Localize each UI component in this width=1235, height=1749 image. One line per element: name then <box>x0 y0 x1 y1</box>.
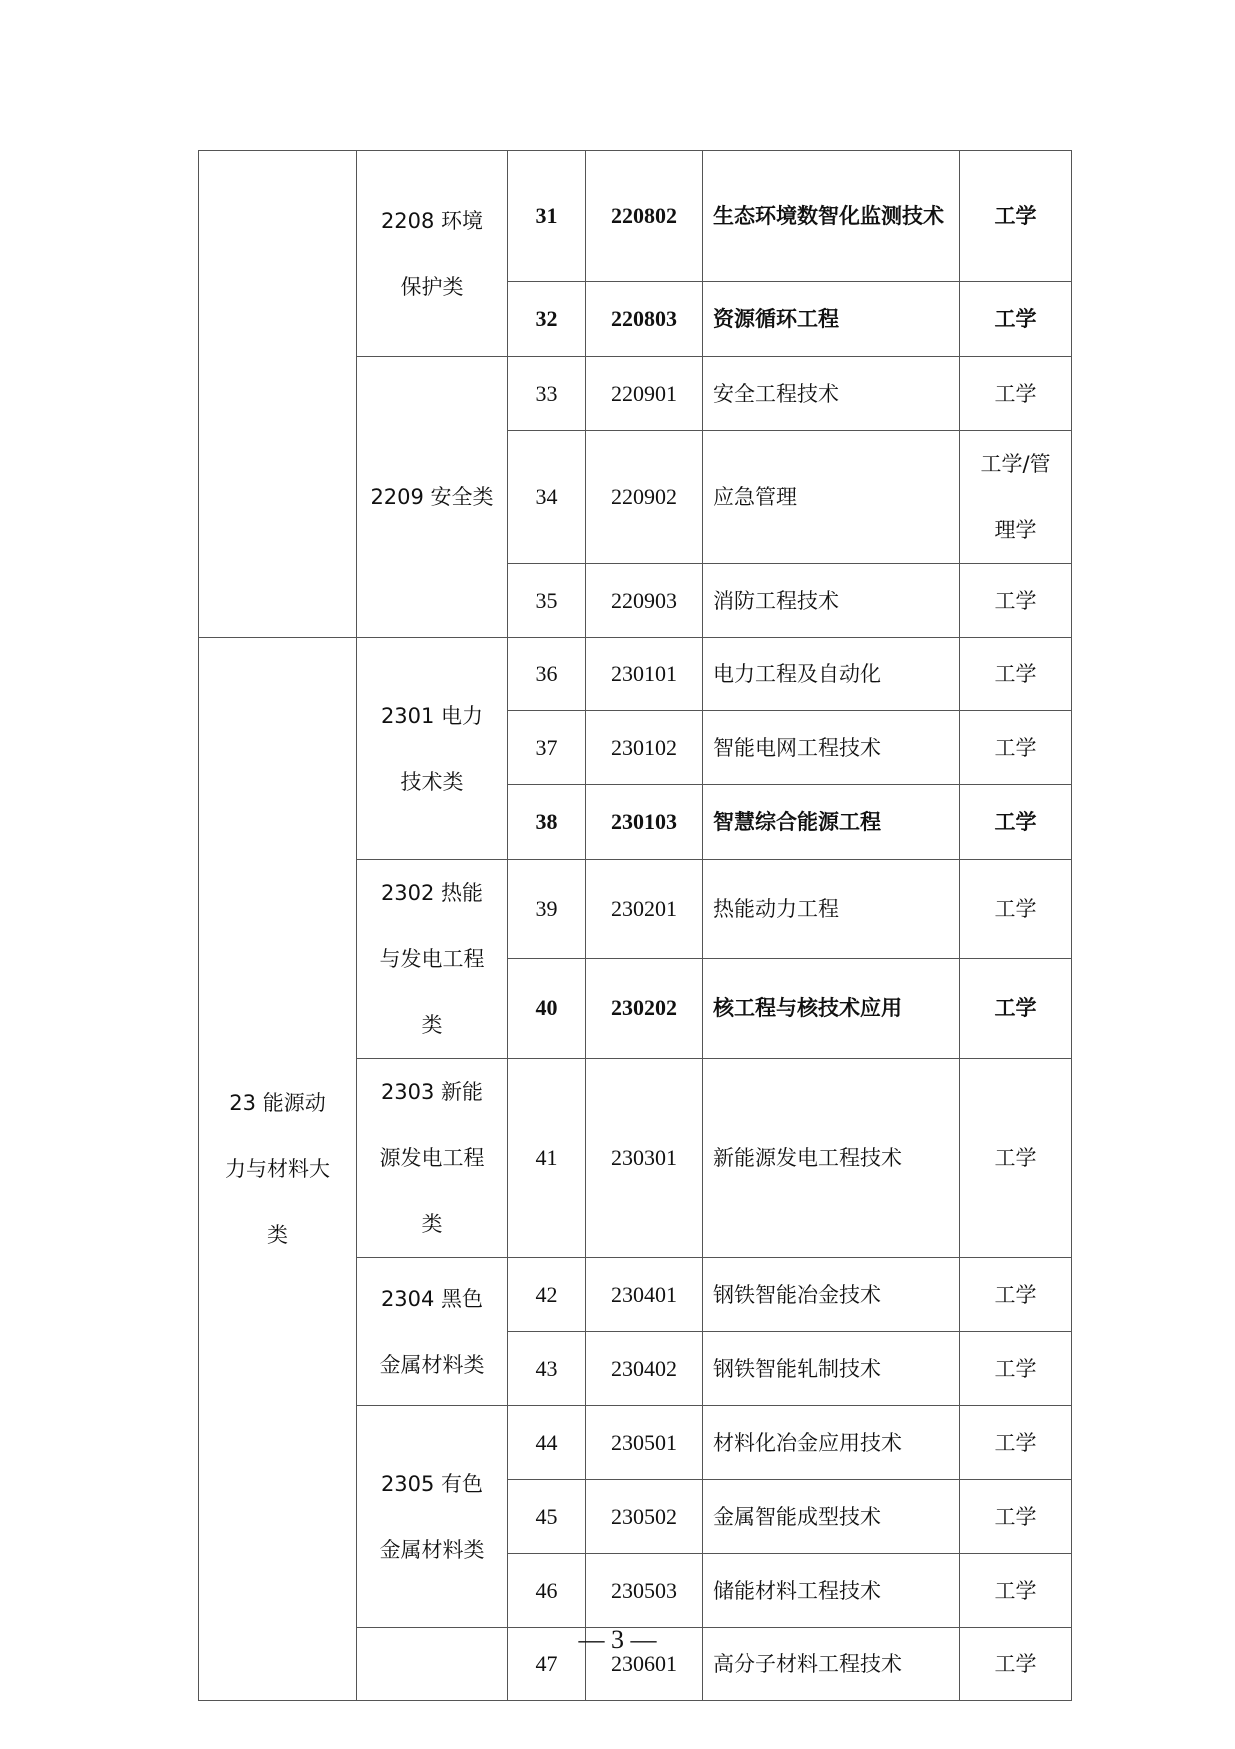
degree: 工学 <box>960 860 1072 959</box>
row-number: 46 <box>536 1578 558 1603</box>
subcategory-cell: 2302 热能与发电工程类 <box>357 860 508 1059</box>
degree: 工学 <box>960 1059 1072 1258</box>
degree: 工学 <box>960 1554 1072 1628</box>
major-code: 230102 <box>611 735 677 760</box>
row-number: 33 <box>536 381 558 406</box>
row-number: 32 <box>536 306 558 331</box>
majors-table: 2208 环境保护类 31 220802 生态环境数智化监测技术 工学 32 2… <box>198 150 1072 1701</box>
subcategory-cell: 2305 有色金属材料类 <box>357 1406 508 1628</box>
major-name: 新能源发电工程技术 <box>703 1059 960 1258</box>
degree: 工学 <box>960 711 1072 785</box>
degree: 工学 <box>960 1332 1072 1406</box>
category-cell: 23 能源动力与材料大类 <box>199 638 357 1701</box>
degree: 工学 <box>960 638 1072 711</box>
row-number: 42 <box>536 1282 558 1307</box>
major-name: 核工程与核技术应用 <box>703 958 960 1058</box>
major-name: 消防工程技术 <box>703 564 960 638</box>
major-name: 智能电网工程技术 <box>703 711 960 785</box>
major-code: 230101 <box>611 661 677 686</box>
major-code: 220803 <box>611 306 677 331</box>
degree: 工学 <box>960 357 1072 431</box>
major-name: 金属智能成型技术 <box>703 1480 960 1554</box>
major-code: 230103 <box>611 809 677 834</box>
row-number: 35 <box>536 588 558 613</box>
major-code: 230301 <box>611 1145 677 1170</box>
major-code: 230402 <box>611 1356 677 1381</box>
row-number: 31 <box>536 203 558 228</box>
subcategory-cell: 2303 新能源发电工程类 <box>357 1059 508 1258</box>
major-name: 电力工程及自动化 <box>703 638 960 711</box>
major-code: 220901 <box>611 381 677 406</box>
row-number: 39 <box>536 896 558 921</box>
row-number: 45 <box>536 1504 558 1529</box>
major-name: 智慧综合能源工程 <box>703 785 960 860</box>
major-code: 230202 <box>611 995 677 1020</box>
major-name: 应急管理 <box>703 431 960 564</box>
row-number: 41 <box>536 1145 558 1170</box>
category-cell <box>199 151 357 638</box>
major-code: 220902 <box>611 484 677 509</box>
major-name: 生态环境数智化监测技术 <box>703 151 960 282</box>
major-name: 热能动力工程 <box>703 860 960 959</box>
table-row: 23 能源动力与材料大类 2301 电力技术类 36 230101 电力工程及自… <box>199 638 1072 711</box>
major-code: 230503 <box>611 1578 677 1603</box>
major-code: 230201 <box>611 896 677 921</box>
major-code: 230401 <box>611 1282 677 1307</box>
major-name: 储能材料工程技术 <box>703 1554 960 1628</box>
degree: 工学 <box>960 282 1072 357</box>
subcategory-cell: 2304 黑色金属材料类 <box>357 1258 508 1406</box>
page-number: — 3 — <box>0 1625 1235 1655</box>
major-name: 材料化冶金应用技术 <box>703 1406 960 1480</box>
row-number: 34 <box>536 484 558 509</box>
degree: 工学 <box>960 785 1072 860</box>
major-code: 230501 <box>611 1430 677 1455</box>
degree: 工学 <box>960 151 1072 282</box>
table-row: 2208 环境保护类 31 220802 生态环境数智化监测技术 工学 <box>199 151 1072 282</box>
row-number: 43 <box>536 1356 558 1381</box>
row-number: 37 <box>536 735 558 760</box>
major-name: 钢铁智能轧制技术 <box>703 1332 960 1406</box>
degree: 工学 <box>960 1258 1072 1332</box>
degree: 工学 <box>960 958 1072 1058</box>
row-number: 40 <box>536 995 558 1020</box>
major-code: 220903 <box>611 588 677 613</box>
row-number: 36 <box>536 661 558 686</box>
degree: 工学/管理学 <box>960 431 1072 564</box>
degree: 工学 <box>960 1480 1072 1554</box>
major-name: 安全工程技术 <box>703 357 960 431</box>
degree: 工学 <box>960 564 1072 638</box>
major-code: 230502 <box>611 1504 677 1529</box>
row-number: 38 <box>536 809 558 834</box>
row-number: 44 <box>536 1430 558 1455</box>
major-name: 资源循环工程 <box>703 282 960 357</box>
subcategory-cell: 2209 安全类 <box>357 357 508 638</box>
degree: 工学 <box>960 1406 1072 1480</box>
subcategory-cell: 2301 电力技术类 <box>357 638 508 860</box>
subcategory-cell: 2208 环境保护类 <box>357 151 508 357</box>
major-code: 220802 <box>611 203 677 228</box>
major-name: 钢铁智能冶金技术 <box>703 1258 960 1332</box>
